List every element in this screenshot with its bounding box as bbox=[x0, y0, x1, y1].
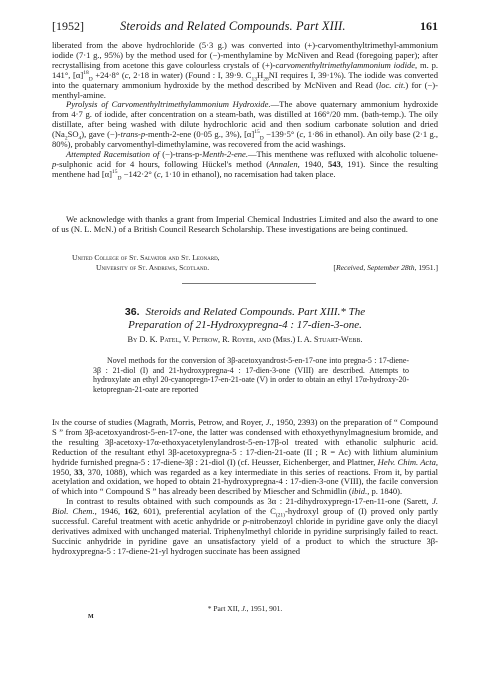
section-heading: Attempted Racemisation of bbox=[66, 149, 159, 159]
volume: 33 bbox=[74, 467, 83, 477]
text: —This menthene was refluxed with alcohol… bbox=[248, 149, 438, 159]
received-date: [Received, September 28th, 1951.] bbox=[333, 263, 438, 273]
affiliation: United College of St. Salvator and St. L… bbox=[52, 253, 438, 272]
text: -sulphonic acid for 4 hours, following H… bbox=[56, 159, 269, 169]
text: , 1·10 in ethanol), no racemisation had … bbox=[161, 169, 336, 179]
article-title: 36.Steroids and Related Compounds. Part … bbox=[52, 306, 438, 331]
authors: By D. K. Patel, V. Petrow, R. Royer, and… bbox=[52, 335, 438, 344]
paragraph: Pyrolysis of Carvomenthyltrimethylammoni… bbox=[52, 100, 438, 150]
text: , 2·18 in water) (Found : I, 39·9. C bbox=[129, 70, 252, 80]
title-line: Steroids and Related Compounds. Part XII… bbox=[146, 306, 366, 318]
superscript: 18 bbox=[83, 70, 89, 76]
section-heading: (−)-trans-p- bbox=[159, 149, 202, 159]
text: −142·2° ( bbox=[122, 169, 157, 179]
paragraph: In contrast to results obtained with suc… bbox=[52, 497, 438, 556]
compound-name: carvomenthyltrimethylammonium iodide bbox=[275, 60, 415, 70]
text: , 1940, bbox=[298, 159, 328, 169]
text: * Part XII, bbox=[208, 604, 242, 613]
text: In contrast to results obtained with suc… bbox=[66, 496, 432, 506]
acknowledgement: We acknowledge with thanks a grant from … bbox=[52, 215, 438, 235]
article-number: 36. bbox=[125, 306, 140, 318]
previous-article-continuation: liberated from the above hydrochloride (… bbox=[52, 41, 438, 180]
page-number: 161 bbox=[420, 19, 438, 34]
text: SO bbox=[68, 129, 79, 139]
citation: loc. cit. bbox=[379, 80, 406, 90]
running-header: [1952] Steroids and Related Compounds. P… bbox=[52, 19, 438, 33]
text: ), gave (−)- bbox=[81, 129, 120, 139]
text: , p. 1840). bbox=[367, 486, 402, 496]
text: Received, September 28th, bbox=[336, 263, 417, 272]
text: −139·5° ( bbox=[264, 129, 300, 139]
text: , 1951, 901. bbox=[247, 604, 283, 613]
section-heading: Menth-2-ene. bbox=[202, 149, 248, 159]
volume: 543 bbox=[328, 159, 341, 169]
superscript: 15 bbox=[112, 169, 118, 175]
footnote: * Part XII, J., 1951, 901. bbox=[52, 604, 438, 613]
text: menth-2-ene (0·05 g., 3%), [α] bbox=[148, 129, 254, 139]
address-line: United College of St. Salvator and St. L… bbox=[52, 253, 438, 263]
citation: Helv. Chim. Acta bbox=[378, 457, 436, 467]
text: +24·8° ( bbox=[93, 70, 125, 80]
section-divider bbox=[182, 283, 316, 284]
journal-year: [1952] bbox=[52, 19, 84, 34]
text: , 1946, bbox=[95, 506, 125, 516]
running-title: Steroids and Related Compounds. Part XII… bbox=[120, 19, 346, 34]
text: the course of studies (Magrath, Morris, … bbox=[59, 417, 266, 427]
abstract: Novel methods for the conversion of 3β-a… bbox=[93, 356, 409, 394]
citation: Annalen bbox=[269, 159, 297, 169]
section-heading: Pyrolysis of Carvomenthyltrimethylammoni… bbox=[66, 99, 271, 109]
text: , 601), preferential acylation of the C bbox=[137, 506, 276, 516]
paragraph: Attempted Racemisation of (−)-trans-p-Me… bbox=[52, 150, 438, 180]
article-body: In the course of studies (Magrath, Morri… bbox=[52, 418, 438, 557]
text: trans-p- bbox=[120, 129, 148, 139]
text: 1951.] bbox=[416, 263, 438, 272]
title-line: Preparation of 21-Hydroxypregna-4 : 17-d… bbox=[52, 319, 438, 332]
citation: ibid. bbox=[352, 486, 367, 496]
volume: 162 bbox=[124, 506, 137, 516]
superscript: 15 bbox=[254, 129, 260, 135]
paragraph: In the course of studies (Magrath, Morri… bbox=[52, 418, 438, 497]
signature-mark: M bbox=[88, 614, 94, 620]
paragraph: liberated from the above hydrochloride (… bbox=[52, 41, 438, 100]
